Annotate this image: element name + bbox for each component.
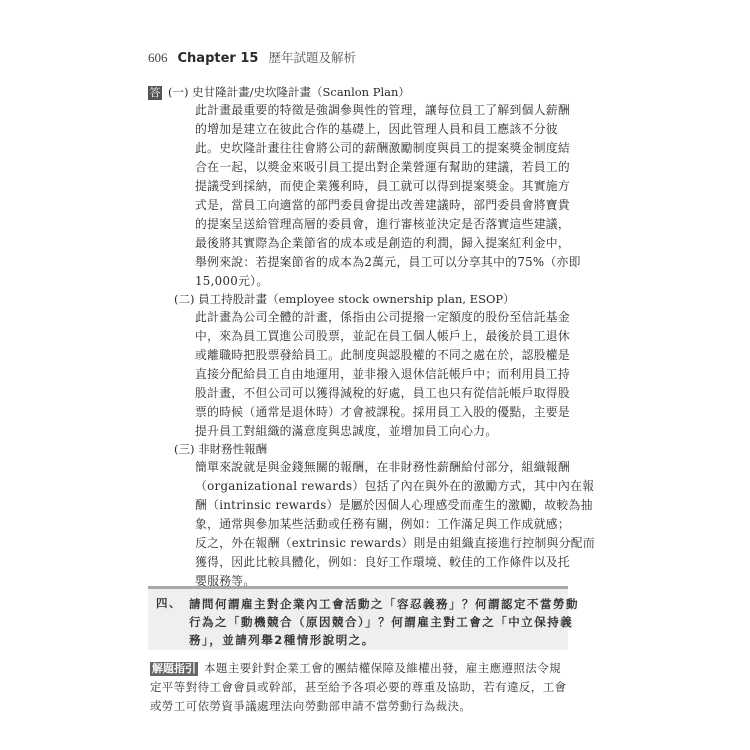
text-line: 酬（intrinsic rewards）是屬於因個人心理感受而產生的激勵，故較為…	[195, 496, 575, 515]
question-number: 四、	[156, 595, 182, 611]
section-heading: (一) 史甘隆計畫/史坎隆計畫（Scanlon Plan）	[168, 84, 410, 101]
answer-block: 答 (一) 史甘隆計畫/史坎隆計畫（Scanlon Plan） 此計畫最重要的特…	[148, 84, 578, 591]
text-line: 或離職時把股票發給員工。此制度與認股權的不同之處在於，認股權是	[195, 346, 575, 365]
text-line: 此計畫為公司全體的計畫，係指由公司提撥一定額度的股份至信託基金	[195, 308, 575, 327]
text-line: 反之，外在報酬（extrinsic rewards）則是由組織直接進行控制與分配…	[195, 534, 575, 553]
text-line: 舉例來說：若提案節省的成本為2萬元，員工可以分享其中的75%（亦即	[195, 253, 575, 272]
section-3-body: 簡單來說就是與金錢無關的報酬，在非財務性薪酬給付部分，組織報酬 （organiz…	[148, 458, 575, 591]
text-line: 象，通常與參加某些活動或任務有關，例如：工作滿足與工作成就感；	[195, 515, 575, 534]
section-heading: (二) 員工持股計畫（employee stock ownership plan…	[148, 291, 578, 308]
text-line: 票的時候（通常是退休時）才會被課稅。採用員工入股的優點，主要是	[195, 403, 575, 422]
text-line: 務」，並請列舉2種情形說明之。	[189, 631, 579, 649]
text-line: 股計畫，不但公司可以獲得減稅的好處，員工也只有從信託帳戶取得股	[195, 384, 575, 403]
text-line: 提升員工對組織的滿意度與忠誠度，並增加員工向心力。	[195, 422, 575, 441]
section-heading: (三) 非財務性報酬	[148, 441, 578, 458]
text-line: 提議受到採納，而使企業獲利時，員工就可以得到提案獎金。其實施方	[195, 177, 575, 196]
text-line: （organizational rewards）包括了內在與外在的激勵方式，其中…	[195, 477, 575, 496]
chapter-label: Chapter 15	[178, 51, 259, 66]
text-line: 或勞工可依勞資爭議處理法向勞動部申請不當勞動行為裁決。	[150, 697, 570, 716]
question-box: 四、 請問何謂雇主對企業內工會活動之「容忍義務」？何謂認定不當勞動 行為之「動機…	[148, 586, 568, 650]
question-text: 請問何謂雇主對企業內工會活動之「容忍義務」？何謂認定不當勞動 行為之「動機競合（…	[189, 595, 579, 649]
text-line: 請問何謂雇主對企業內工會活動之「容忍義務」？何謂認定不當勞動	[189, 595, 579, 613]
section-2-body: 此計畫為公司全體的計畫，係指由公司提撥一定額度的股份至信託基金 中，來為員工買進…	[148, 308, 575, 441]
text-line: 直接分配給員工自由地運用，並非撥入退休信託帳戶中；而利用員工持	[195, 365, 575, 384]
text-line: 合在一起，以獎金來吸引員工提出對企業營運有幫助的建議，若員工的	[195, 158, 575, 177]
text-line: 15,000元）。	[195, 272, 575, 291]
section-1-heading-row: 答 (一) 史甘隆計畫/史坎隆計畫（Scanlon Plan）	[148, 84, 578, 101]
page-header: 606 Chapter 15 歷年試題及解析	[148, 48, 356, 66]
text-line: 行為之「動機競合（原因競合）」？何謂雇主對工會之「中立保持義	[189, 613, 579, 631]
solution-hint: 解題指引本題主要針對企業工會的團結權保障及維權出發，雇主應遵照法令規 定平等對待…	[150, 659, 570, 716]
section-1-body: 此計畫最重要的特徵是強調參與性的管理，讓每位員工了解到個人薪酬 的增加是建立在彼…	[148, 101, 575, 291]
text-line: 最後將其實際為企業節省的成本或是創造的利潤，歸入提案紅利金中，	[195, 234, 575, 253]
text-line: 式是，當員工向適當的部門委員會提出改善建議時，部門委員會將寶貴	[195, 196, 575, 215]
answer-icon: 答	[148, 86, 162, 100]
chapter-title: 歷年試題及解析	[268, 48, 356, 66]
page-number: 606	[148, 50, 168, 66]
text-line: 中，來為員工買進公司股票，並記在員工個人帳戶上，最後於員工退休	[195, 327, 575, 346]
text-line: 定平等對待工會會員或幹部，甚至給予各項必要的尊重及協助，若有違反，工會	[150, 678, 570, 697]
text-line: 此計畫最重要的特徵是強調參與性的管理，讓每位員工了解到個人薪酬	[195, 101, 575, 120]
hint-badge: 解題指引	[150, 662, 198, 676]
text-line: 簡單來說就是與金錢無關的報酬，在非財務性薪酬給付部分，組織報酬	[195, 458, 575, 477]
text-line: 的提案呈送給管理高層的委員會，進行審核並決定是否落實這些建議，	[195, 215, 575, 234]
text-line: 的增加是建立在彼此合作的基礎上，因此管理人員和員工應該不分彼	[195, 120, 575, 139]
text-line: 本題主要針對企業工會的團結權保障及維權出發，雇主應遵照法令規	[204, 661, 561, 675]
text-line: 獲得，因此比較具體化，例如：良好工作環境、較佳的工作條件以及托	[195, 553, 575, 572]
hint-first-line: 解題指引本題主要針對企業工會的團結權保障及維權出發，雇主應遵照法令規	[150, 659, 570, 678]
text-line: 此。史坎隆計畫往往會將公司的薪酬激勵制度與員工的提案獎金制度結	[195, 139, 575, 158]
